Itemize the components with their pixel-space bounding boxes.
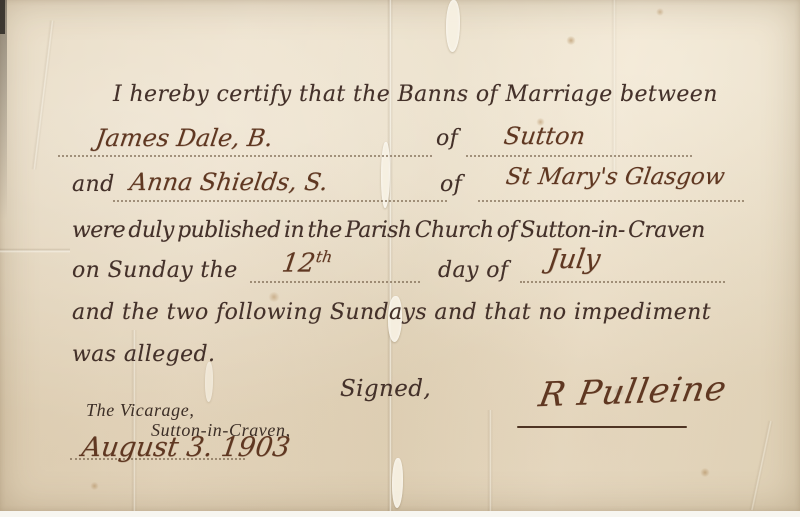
signed-label: Signed, [340, 376, 431, 402]
fill-line-groom-place [466, 155, 692, 157]
fill-line-groom-name [58, 155, 432, 157]
certificate-paper: I hereby certify that the Banns of Marri… [0, 0, 800, 511]
foxing-stain [566, 36, 576, 45]
foxing-stain [700, 468, 710, 477]
following-sundays-line: and the two following Sundays and that n… [72, 300, 711, 325]
bottom-right-crease [749, 420, 774, 510]
and-label: and [72, 172, 115, 197]
day-of-label: day of [438, 258, 508, 283]
lower-fold-crease [487, 410, 493, 511]
center-fold-crease [387, 0, 393, 511]
paper-tear [446, 0, 460, 52]
of-label-groom: of [436, 126, 458, 151]
address-vicarage: The Vicarage, [86, 400, 194, 421]
fill-line-bride-place [478, 200, 744, 202]
left-horizontal-crease [0, 248, 70, 253]
photo-border [0, 511, 800, 517]
photo-edge-shade [0, 0, 7, 220]
bride-name-handwritten: Anna Shields, S. [128, 168, 330, 196]
groom-place-handwritten: Sutton [502, 122, 587, 150]
day-handwritten: 12th [280, 248, 334, 279]
top-left-crease [31, 20, 55, 170]
bride-place-handwritten: St Mary's Glasgow [504, 164, 726, 190]
groom-name-handwritten: James Dale, B. [94, 124, 275, 152]
paper-tear [392, 458, 403, 508]
paper-tear [381, 142, 390, 208]
foxing-stain [90, 482, 99, 490]
vicar-signature: R Pulleine [536, 369, 730, 415]
fill-line-day [250, 281, 420, 283]
day-number: 12 [280, 249, 317, 279]
paper-tear [205, 362, 213, 402]
fill-line-bride-name [113, 200, 447, 202]
of-label-bride: of [440, 172, 462, 197]
on-sunday-label: on Sunday the [72, 258, 238, 283]
foxing-stain [656, 8, 664, 16]
signature-underline [517, 426, 687, 428]
date-handwritten: August 3. 1903 [80, 432, 292, 463]
certify-line: I hereby certify that the Banns of Marri… [113, 82, 718, 107]
day-ordinal: th [315, 248, 334, 266]
no-impediment-line: was alleged. [72, 342, 215, 367]
fill-line-month [520, 281, 725, 283]
month-handwritten: July [546, 244, 602, 275]
published-line: were duly published in the Parish Church… [72, 218, 705, 243]
